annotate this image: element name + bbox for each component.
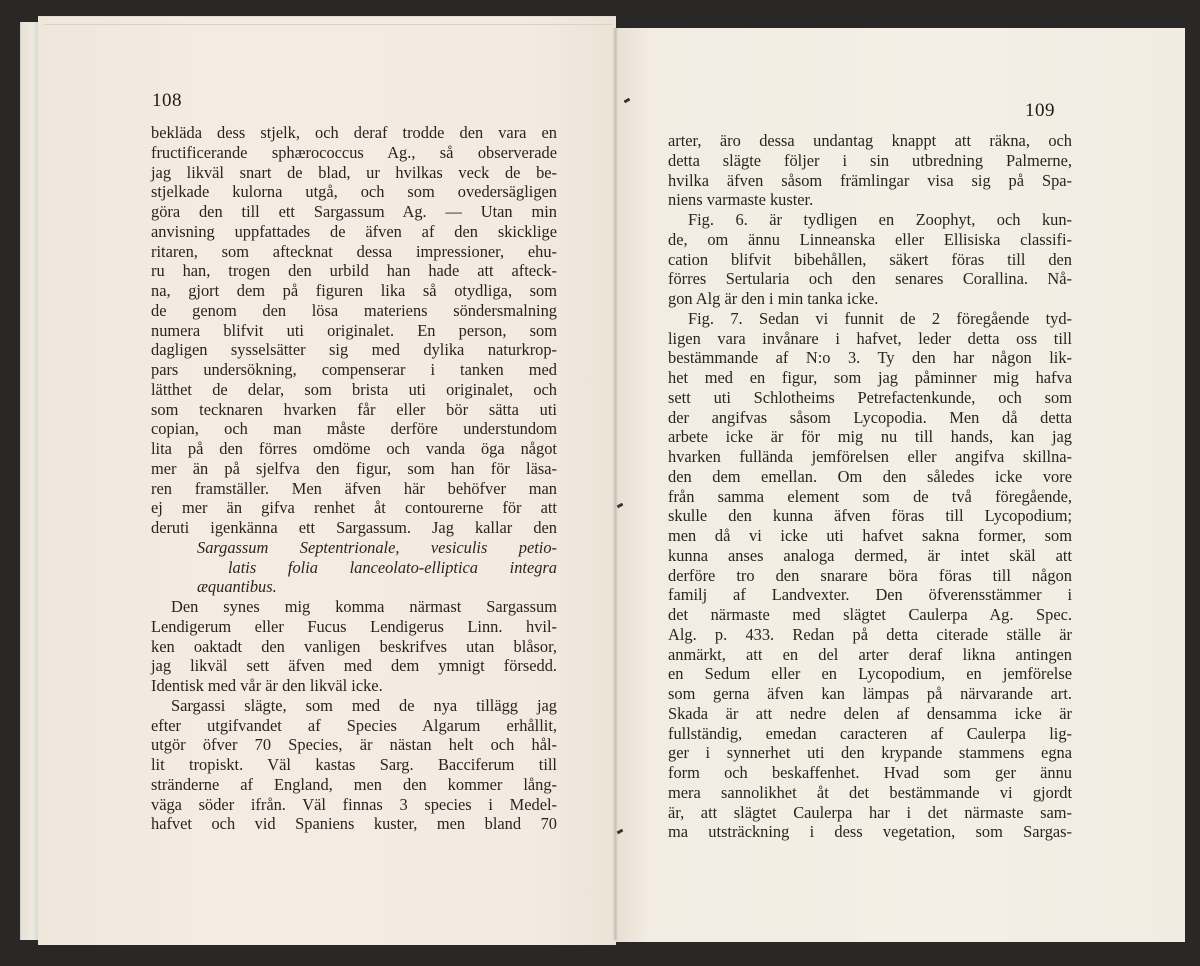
text-line: göra den till ett Sargassum Ag. — Utan m… <box>151 202 557 222</box>
text-line: Den synes mig komma närmast Sargassum <box>151 597 557 617</box>
text-line: ru han, trogen den urbild han hade att a… <box>151 261 557 281</box>
text-line: ren framställer. Men äfven här behöfver … <box>151 479 557 499</box>
book-spread: 108 109 bekläda dess stjelk, och deraf t… <box>0 0 1200 966</box>
text-line: Skada är att nedre delen af densamma ick… <box>668 704 1072 724</box>
species-diagnosis-line: æquantibus. <box>151 577 557 597</box>
text-line: gon Alg är den i min tanka icke. <box>668 289 1072 309</box>
right-page-text: arter, äro dessa undantag knappt att räk… <box>668 131 1072 842</box>
text-line: Alg. p. 433. Redan på detta citerade stä… <box>668 625 1072 645</box>
text-line: jag likväl snart de blad, ur hvilkas vec… <box>151 163 557 183</box>
text-line: väga söder ifrån. Väl finnas 3 species i… <box>151 795 557 815</box>
text-line: pars undersökning, compenserar i tanken … <box>151 360 557 380</box>
text-line: bestämmande af N:o 3. Ty den har någon l… <box>668 348 1072 368</box>
text-line: Lendigerum eller Fucus Lendigerus Linn. … <box>151 617 557 637</box>
text-line: fullständig, emedan caracteren af Cauler… <box>668 724 1072 744</box>
text-line: Identisk med vår är den likväl icke. <box>151 676 557 696</box>
text-line: mera sannolikhet åt det bestämmande vi g… <box>668 783 1072 803</box>
text-line: efter utgifvandet af Species Algarum erh… <box>151 716 557 736</box>
text-line: form och beskaffenhet. Hvad som ger ännu <box>668 763 1072 783</box>
text-line: detta slägte följer i sin utbredning Pal… <box>668 151 1072 171</box>
text-line: stjelkade kulorna utgå, och som ovedersä… <box>151 182 557 202</box>
text-line: arter, äro dessa undantag knappt att räk… <box>668 131 1072 151</box>
page-number-right: 109 <box>1025 100 1055 122</box>
text-line: men då vi icke uti hafvet sakna former, … <box>668 526 1072 546</box>
text-line: dagligen sysselsätter sig med dylika nat… <box>151 340 557 360</box>
text-line: de genom den lösa materiens söndersmalni… <box>151 301 557 321</box>
text-line: copian, och man måste derföre understund… <box>151 419 557 439</box>
text-line: lita på den förres omdöme och vanda öga … <box>151 439 557 459</box>
text-line: Fig. 7. Sedan vi funnit de 2 föregående … <box>668 309 1072 329</box>
text-line: ma utsträckning i dess vegetation, som S… <box>668 822 1072 842</box>
text-line: kunna anses analoga dermed, är intet skä… <box>668 546 1072 566</box>
text-line: utgör öfver 70 Species, är nästan helt o… <box>151 735 557 755</box>
text-line: ligen vara invånare i hafvet, leder dett… <box>668 329 1072 349</box>
text-line: stränderne af England, men den kommer lå… <box>151 775 557 795</box>
text-line: ej mer än gifva renhet åt contourerne fö… <box>151 498 557 518</box>
text-line: niens varmaste kuster. <box>668 190 1072 210</box>
text-line: hvilka äfven såsom främlingar visa sig p… <box>668 171 1072 191</box>
text-line: jag likväl sett äfven med dem ymnigt för… <box>151 656 557 676</box>
text-line: sett uti Schlotheims Petrefactenkunde, o… <box>668 388 1072 408</box>
text-line: anmärkt, att en del arter deraf likna an… <box>668 645 1072 665</box>
text-line: är, att slägtet Caulerpa har i det närma… <box>668 803 1072 823</box>
text-line: det närmaste med slägtet Caulerpa Ag. Sp… <box>668 605 1072 625</box>
text-line: från samma element som de två föregående… <box>668 487 1072 507</box>
page-top-rule <box>44 24 612 25</box>
text-line: anvisning uppfattades de äfven af den sk… <box>151 222 557 242</box>
text-line: som gerna äfven kan lämpas på närvarande… <box>668 684 1072 704</box>
text-line: mer än på sjelfva den figur, som han för… <box>151 459 557 479</box>
text-line: na, gjort dem på figuren lika så otydlig… <box>151 281 557 301</box>
text-line: förres Sertularia och den senares Corall… <box>668 269 1072 289</box>
text-line: ritaren, som aftecknat dessa impressione… <box>151 242 557 262</box>
text-line: ger i synnerhet uti den krypande stammen… <box>668 743 1072 763</box>
left-page-text: bekläda dess stjelk, och deraf trodde de… <box>151 123 557 834</box>
text-line: numera blifvit uti originalet. En person… <box>151 321 557 341</box>
text-line: som tecknaren hvarken får eller bör sätt… <box>151 400 557 420</box>
text-line: bekläda dess stjelk, och deraf trodde de… <box>151 123 557 143</box>
text-line: lit tropiskt. Väl kastas Sarg. Bacciferu… <box>151 755 557 775</box>
text-line: hafvet och vid Spaniens kuster, men blan… <box>151 814 557 834</box>
text-line: Fig. 6. är tydligen en Zoophyt, och kun- <box>668 210 1072 230</box>
text-line: skulle den kunna äfven föras till Lycopo… <box>668 506 1072 526</box>
text-line: Sargassi slägte, som med de nya tillägg … <box>151 696 557 716</box>
text-line: der angifvas såsom Lycopodia. Men då det… <box>668 408 1072 428</box>
text-line: ken oaktadt den vanligen beskrifves utan… <box>151 637 557 657</box>
text-line: familj af Landvexter. Den öfverensstämme… <box>668 585 1072 605</box>
text-line: cation blifvit bibehållen, säkert föras … <box>668 250 1072 270</box>
species-diagnosis-line: Sargassum Septentrionale, vesiculis peti… <box>151 538 557 558</box>
text-line: het med en figur, som jag påminner mig h… <box>668 368 1072 388</box>
text-line: hvarken fullända jemförelsen eller angif… <box>668 447 1072 467</box>
species-diagnosis-line: latis folia lanceolato-elliptica integra <box>151 558 557 578</box>
text-line: en Sedum eller en Lycopodium, en jemföre… <box>668 664 1072 684</box>
text-line: den dem emellan. Om den således icke vor… <box>668 467 1072 487</box>
book-gutter <box>613 28 618 940</box>
text-line: fructificerande sphærococcus Ag., så obs… <box>151 143 557 163</box>
page-number-left: 108 <box>152 90 182 112</box>
text-line: derföre tro den snarare böra föras till … <box>668 566 1072 586</box>
text-line: de, om ännu Linneanska eller Ellisiska c… <box>668 230 1072 250</box>
text-line: deruti igenkänna ett Sargassum. Jag kall… <box>151 518 557 538</box>
text-line: arbete icke är för mig nu till hands, ka… <box>668 427 1072 447</box>
text-line: lätthet de delar, som brista uti origina… <box>151 380 557 400</box>
